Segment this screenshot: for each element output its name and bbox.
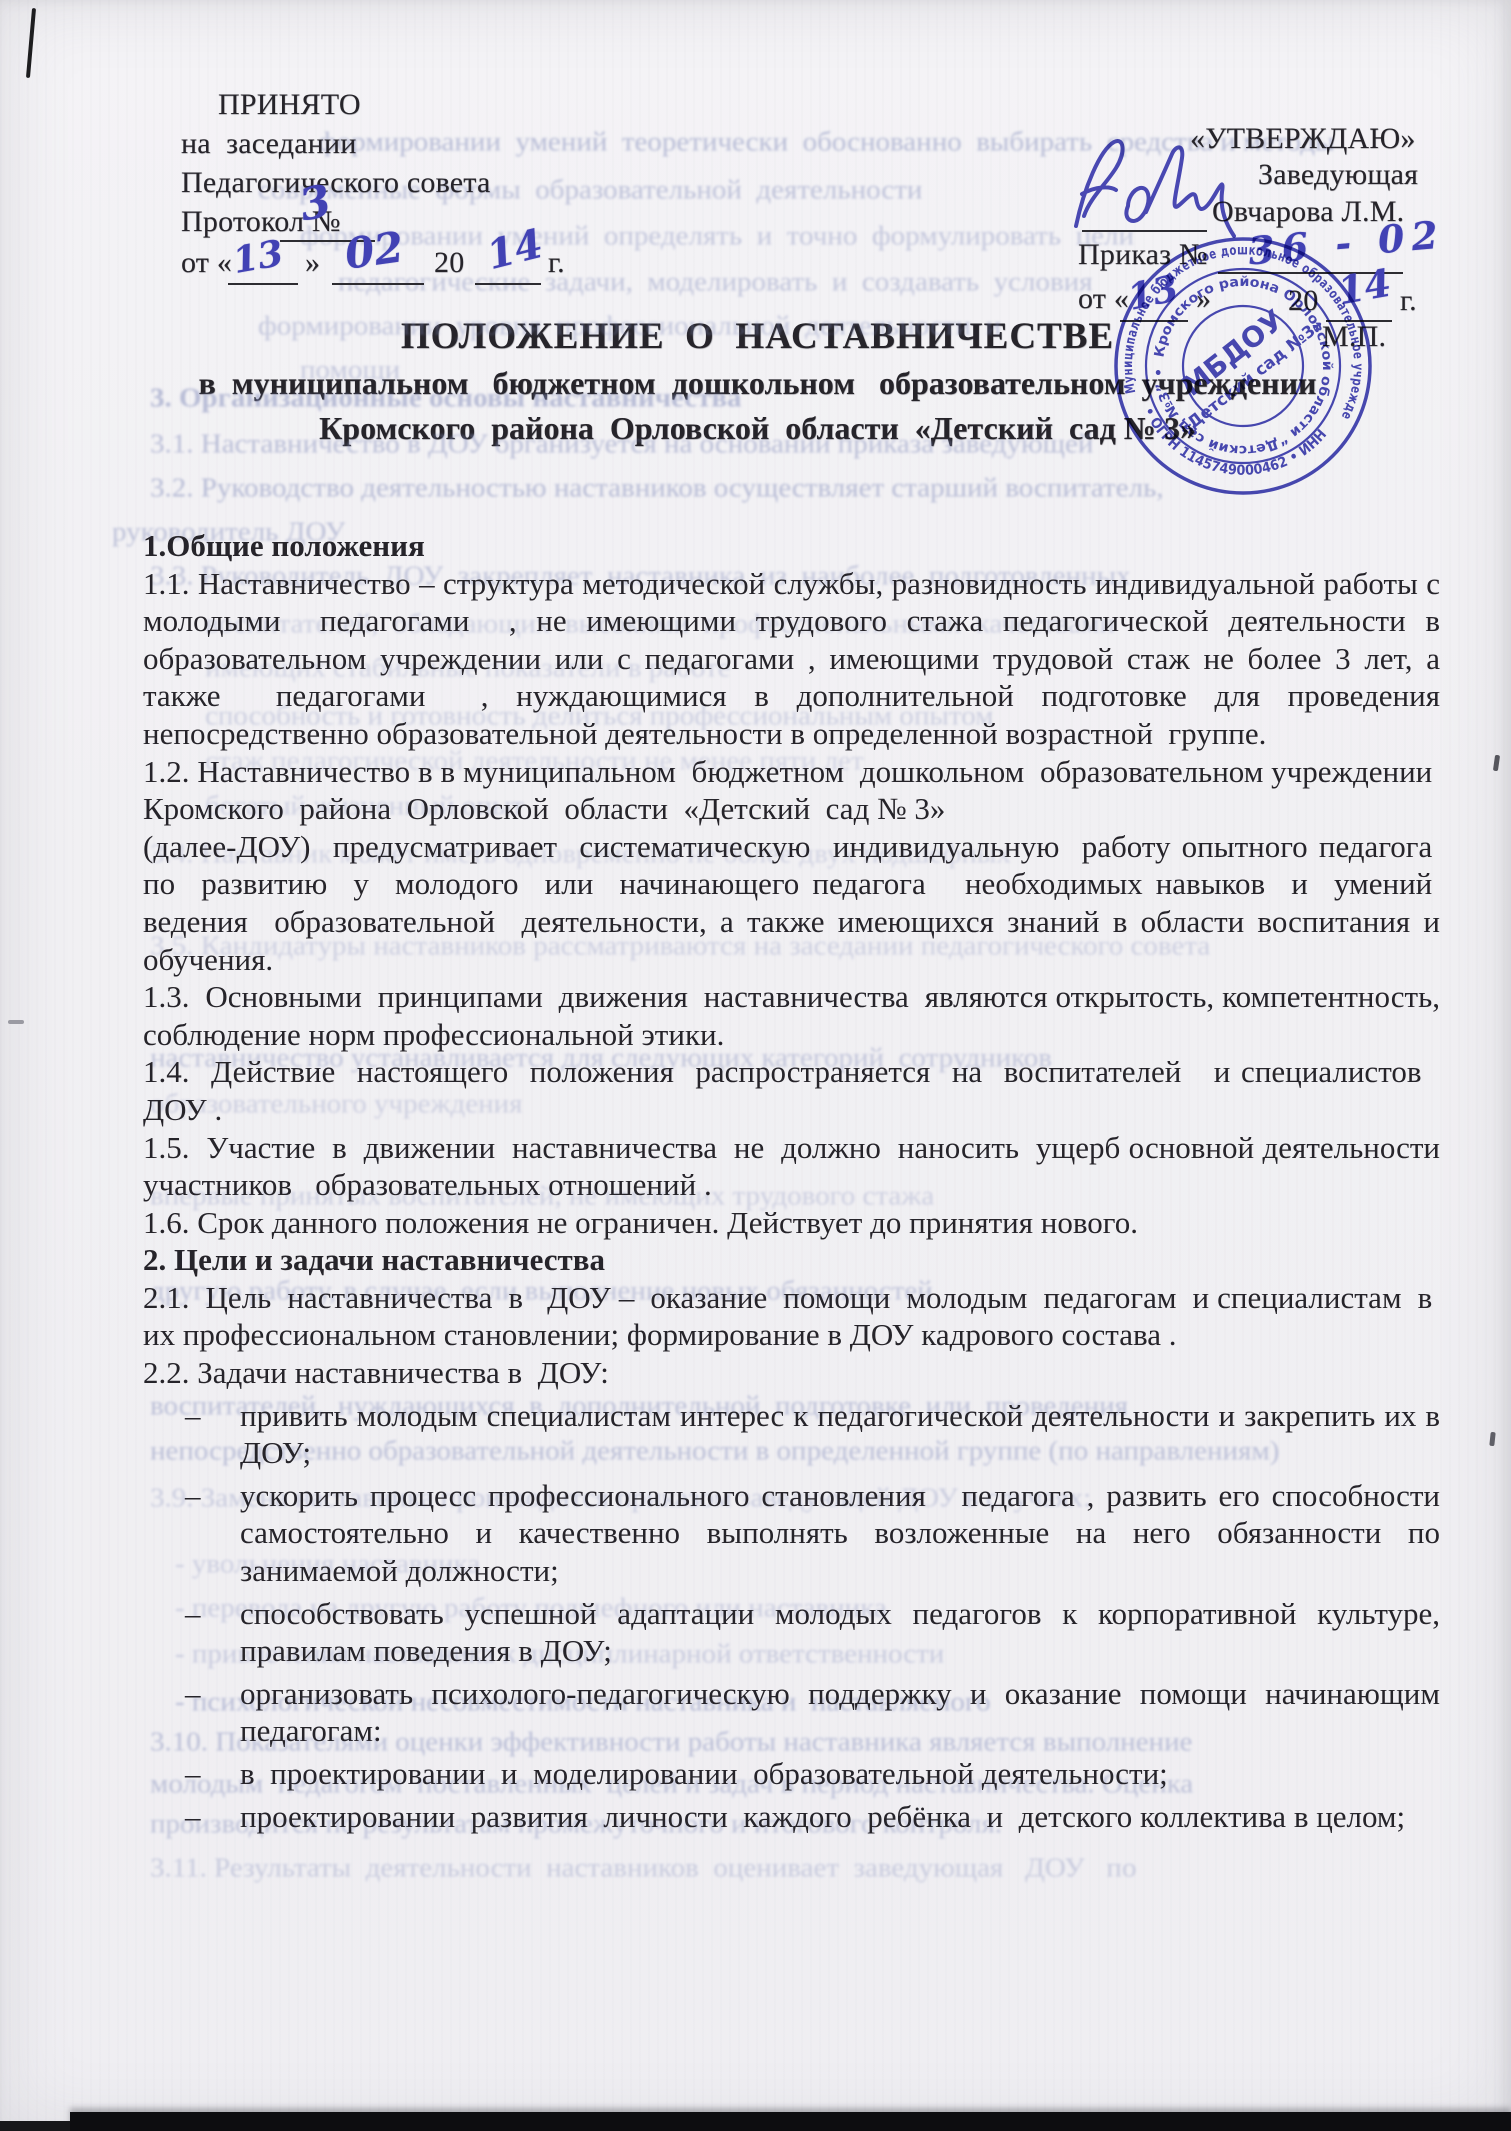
- list-item-text: способствовать успешной адаптации молоды…: [240, 1596, 1440, 1669]
- document-body: 1.Общие положения1.1. Наставничество – с…: [143, 527, 1440, 1835]
- body-paragraph: 2.2. Задачи наставничества в ДОУ:: [143, 1354, 1440, 1392]
- list-item-text: проектировании развития личности каждого…: [240, 1799, 1405, 1834]
- list-dash: –: [185, 1397, 201, 1435]
- bleedthrough-line: помощи: [300, 355, 400, 387]
- bleedthrough-line: 3.11. Результаты деятельности наставнико…: [150, 1853, 1136, 1885]
- accepted-day-underline: [228, 283, 298, 285]
- accepted-title: ПРИНЯТО: [218, 88, 361, 122]
- list-item-text: в проектировании и моделировании образов…: [240, 1756, 1168, 1791]
- body-list-item: –в проектировании и моделировании образо…: [143, 1755, 1440, 1793]
- body-list-item: –проектировании развития личности каждог…: [143, 1798, 1440, 1836]
- list-item-text: ускорить процесс профессионального стано…: [240, 1478, 1440, 1588]
- bleedthrough-line: 3. Организационные основы наставничества: [150, 383, 742, 415]
- list-item-text: организовать психолого-педагогическую по…: [240, 1676, 1440, 1749]
- bleedthrough-line: 3.1. Наставничество в ДОУ организуется н…: [150, 429, 1093, 461]
- list-dash: –: [185, 1595, 201, 1633]
- body-section-heading: 1.Общие положения: [143, 527, 1440, 565]
- list-dash: –: [185, 1755, 201, 1793]
- body-list-item: –способствовать успешной адаптации молод…: [143, 1595, 1440, 1670]
- list-item-text: привить молодым специалистам интерес к п…: [240, 1398, 1440, 1471]
- body-list-item: –ускорить процесс профессионального стан…: [143, 1477, 1440, 1590]
- bleedthrough-line: 3.2. Руководство деятельностью наставник…: [150, 473, 1164, 505]
- accepted-month-underline: [332, 283, 424, 285]
- body-paragraph: (далее-ДОУ) предусматривает систематичес…: [143, 828, 1440, 978]
- body-list-item: –организовать психолого-педагогическую п…: [143, 1675, 1440, 1750]
- accepted-date-century: 20: [434, 246, 464, 280]
- list-dash: –: [185, 1477, 201, 1515]
- accepted-line3: Педагогического совета: [181, 166, 490, 200]
- body-paragraph: 1.6. Срок данного положения не ограничен…: [143, 1204, 1440, 1242]
- bleedthrough-line: формировании умений определять и точно ф…: [300, 221, 1134, 253]
- accepted-date-close: »: [305, 246, 320, 280]
- accepted-date-prefix: от «: [181, 246, 232, 280]
- body-paragraph: 1.5. Участие в движении наставничества н…: [143, 1129, 1440, 1204]
- approved-date-suffix: г.: [1400, 284, 1417, 318]
- body-section-heading: 2. Цели и задачи наставничества: [143, 1241, 1440, 1279]
- body-paragraph: 1.2. Наставничество в в муниципальном бю…: [143, 753, 1440, 828]
- body-paragraph: 1.1. Наставничество – структура методиче…: [143, 565, 1440, 753]
- official-round-stamp: Муниципальное бюджетное дошкольное образ…: [1099, 222, 1387, 510]
- body-paragraph: 1.3. Основными принципами движения наста…: [143, 978, 1440, 1053]
- list-dash: –: [185, 1675, 201, 1713]
- scan-edge-bottom-left: [0, 2121, 70, 2131]
- body-paragraph: 2.1. Цель наставничества в ДОУ – оказани…: [143, 1279, 1440, 1354]
- scan-speck-3: [8, 1020, 24, 1024]
- accepted-line2: на заседании: [181, 127, 356, 161]
- accepted-date-suffix: г.: [548, 246, 565, 280]
- scan-edge-bottom: [70, 2112, 1511, 2131]
- approved-role: Заведующая: [1258, 158, 1418, 192]
- accepted-year-underline: [475, 283, 541, 285]
- scanned-document-page: формировании умений теоретически обоснов…: [0, 0, 1511, 2131]
- body-paragraph: 1.4. Действие настоящего положения распр…: [143, 1053, 1440, 1128]
- body-list-item: –привить молодым специалистам интерес к …: [143, 1397, 1440, 1472]
- list-dash: –: [185, 1798, 201, 1836]
- handwritten-accepted-month: 02: [342, 222, 407, 279]
- bleedthrough-line: формировании уровня профессиональной дея…: [258, 311, 1001, 343]
- handwritten-accepted-day: 13: [230, 232, 287, 282]
